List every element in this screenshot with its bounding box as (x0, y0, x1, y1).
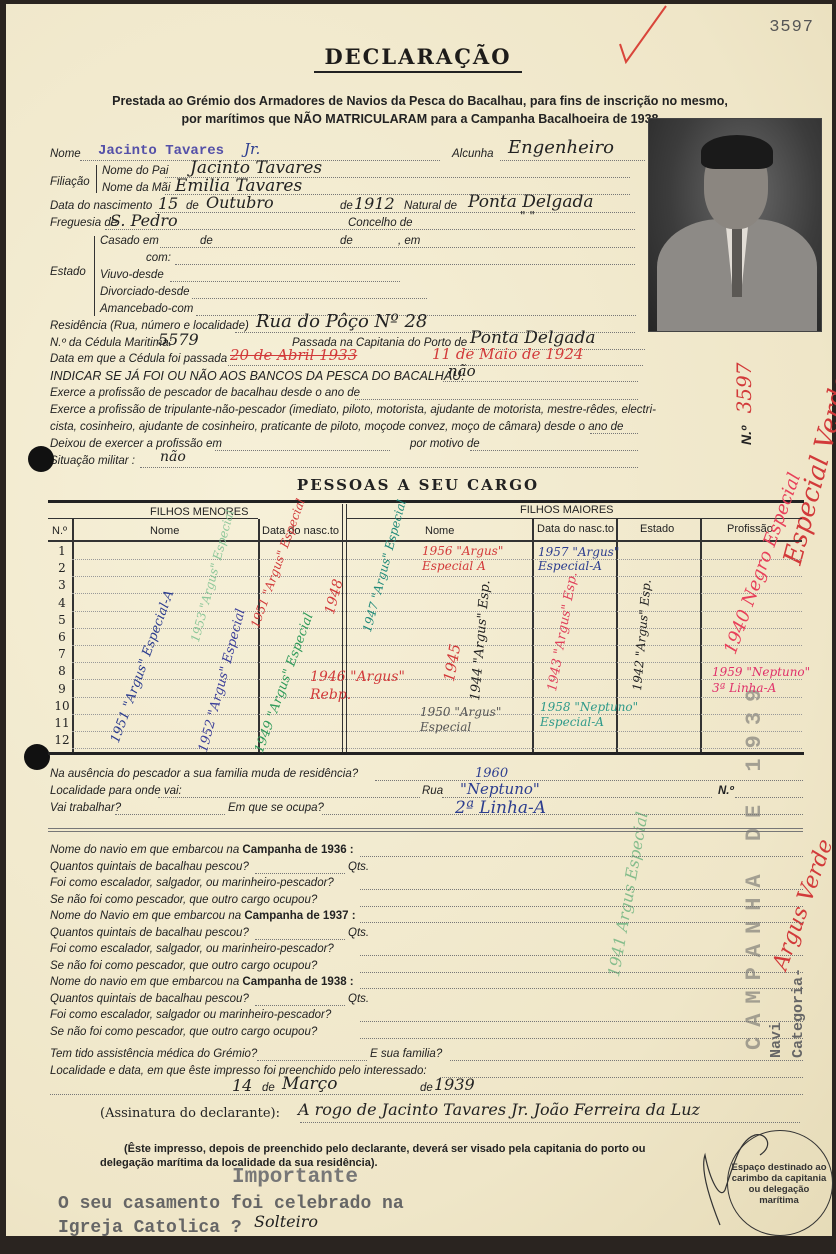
nome-label: Nome (50, 148, 81, 160)
campanha-navio-label: Nome do Navio em que embarcou na Campanh… (50, 910, 356, 922)
campanha-question: Quantos quintais de bacalhau pescou? (50, 861, 249, 873)
residencia-value: Rua do Pôço Nº 28 (256, 311, 427, 332)
categoria-stamp: Categoria- (790, 968, 807, 1058)
casamento-question-1: O seu casamento foi celebrado na (58, 1194, 404, 1214)
pai-label: Nome do Pai (102, 165, 168, 177)
nome-value: Jacinto Tavares (98, 143, 224, 159)
cedula-value: 5579 (158, 330, 199, 349)
table-annotation: 1950 "Argus" Especial (420, 705, 530, 735)
table-annotation: 1946 "Argus" Rebp. (310, 668, 420, 704)
navio-stamp: Navi (768, 1022, 785, 1058)
campanha-stamp: CAMPANHA DE 1939 (742, 679, 767, 1050)
campanha-navio-label: Nome do navio em que embarcou na Campanh… (50, 844, 354, 856)
campanha-question: Se não foi como pescador, que outro carg… (50, 894, 317, 906)
row-number: 7 (52, 647, 72, 661)
table-annotation: 1959 "Neptuno" 3ª Linha-A (712, 664, 812, 696)
campanha-question: Foi como escalador, salgador, ou marinhe… (50, 943, 334, 955)
blue-note-ship: "Neptuno" (460, 780, 540, 798)
footer-note: (Êste impresso, depois de preenchido pel… (100, 1142, 660, 1170)
row-number: 6 (52, 630, 72, 644)
residencia-label: Residência (Rua, número e localidade) (50, 320, 249, 332)
number-value: 3597 (732, 363, 756, 414)
campanha-question: Foi como escalador, salgador ou marinhei… (50, 1009, 331, 1021)
row-number: 5 (52, 613, 72, 627)
data-mes: Março (282, 1074, 337, 1094)
page-edge (0, 1236, 836, 1254)
casamento-question-2: Igreja Catolica ? (58, 1218, 242, 1238)
pessoas-title: PESSOAS A SEU CARGO (0, 476, 836, 494)
punch-hole (28, 446, 54, 472)
blue-note-linha: 2ª Linha-A (455, 798, 546, 818)
alcunha-value: Engenheiro (508, 137, 614, 158)
row-number: 3 (52, 578, 72, 592)
blue-note-year: 1960 (475, 766, 508, 781)
nascimento-ano: 1912 (354, 194, 395, 213)
row-number: 11 (52, 716, 72, 730)
mae-label: Nome da Mãi (102, 182, 170, 194)
campanha-question: Se não foi como pescador, que outro carg… (50, 1026, 317, 1038)
freguesia-label: Freguesia de (50, 217, 117, 229)
concelho-value: " " (520, 209, 535, 223)
official-signature (680, 1120, 790, 1230)
militar-value: não (160, 449, 186, 465)
importante-stamp: Importante (232, 1166, 358, 1189)
row-number: 1 (52, 544, 72, 558)
filhos-maiores-header: FILHOS MAIORES (520, 504, 614, 516)
table-annotation: 1958 "Neptuno" Especial-A (540, 700, 650, 730)
table-annotation: 1957 "Argus" Especial-A (538, 545, 633, 573)
campanha-question: Quantos quintais de bacalhau pescou? (50, 927, 249, 939)
data-cedula-value: 11 de Maio de 1924 (432, 345, 583, 363)
nome-suffix: Jr. (244, 140, 260, 158)
row-number: 12 (52, 733, 72, 747)
row-number: 8 (52, 664, 72, 678)
portrait-photo (648, 118, 822, 332)
nascimento-mes: Outubro (206, 193, 274, 212)
campanha-question: Quantos quintais de bacalhau pescou? (50, 993, 249, 1005)
data-cedula-struck: 20 de Abril 1933 (230, 346, 357, 364)
campanha-navio-label: Nome do navio em que embarcou na Campanh… (50, 976, 354, 988)
estado-label: Estado (50, 266, 86, 278)
serial-number: 3597 (769, 18, 814, 37)
row-number: 4 (52, 596, 72, 610)
number-label: N.º (738, 426, 754, 445)
bancos-value: não (448, 362, 476, 380)
data-dia: 14 (232, 1076, 252, 1095)
data-ano: 1939 (434, 1075, 475, 1094)
assinatura-value: A rogo de Jacinto Tavares Jr. João Ferre… (298, 1100, 700, 1119)
punch-hole (24, 744, 50, 770)
casamento-answer: Solteiro (254, 1212, 318, 1231)
filiacao-label: Filiação (50, 176, 90, 188)
assinatura-label: (Assinatura do declarante): (100, 1106, 280, 1121)
document-title: DECLARAÇÃO (0, 44, 836, 69)
row-number: 10 (52, 699, 72, 713)
alcunha-label: Alcunha (452, 148, 494, 160)
campanha-question: Foi como escalador, salgador, ou marinhe… (50, 877, 334, 889)
table-annotation: 1956 "Argus" Especial A (422, 544, 522, 574)
row-number: 9 (52, 682, 72, 696)
row-number: 2 (52, 561, 72, 575)
campanha-question: Se não foi como pescador, que outro carg… (50, 960, 317, 972)
pai-value: Jacinto Tavares (190, 158, 322, 178)
freguesia-value: S. Pedro (110, 211, 178, 230)
